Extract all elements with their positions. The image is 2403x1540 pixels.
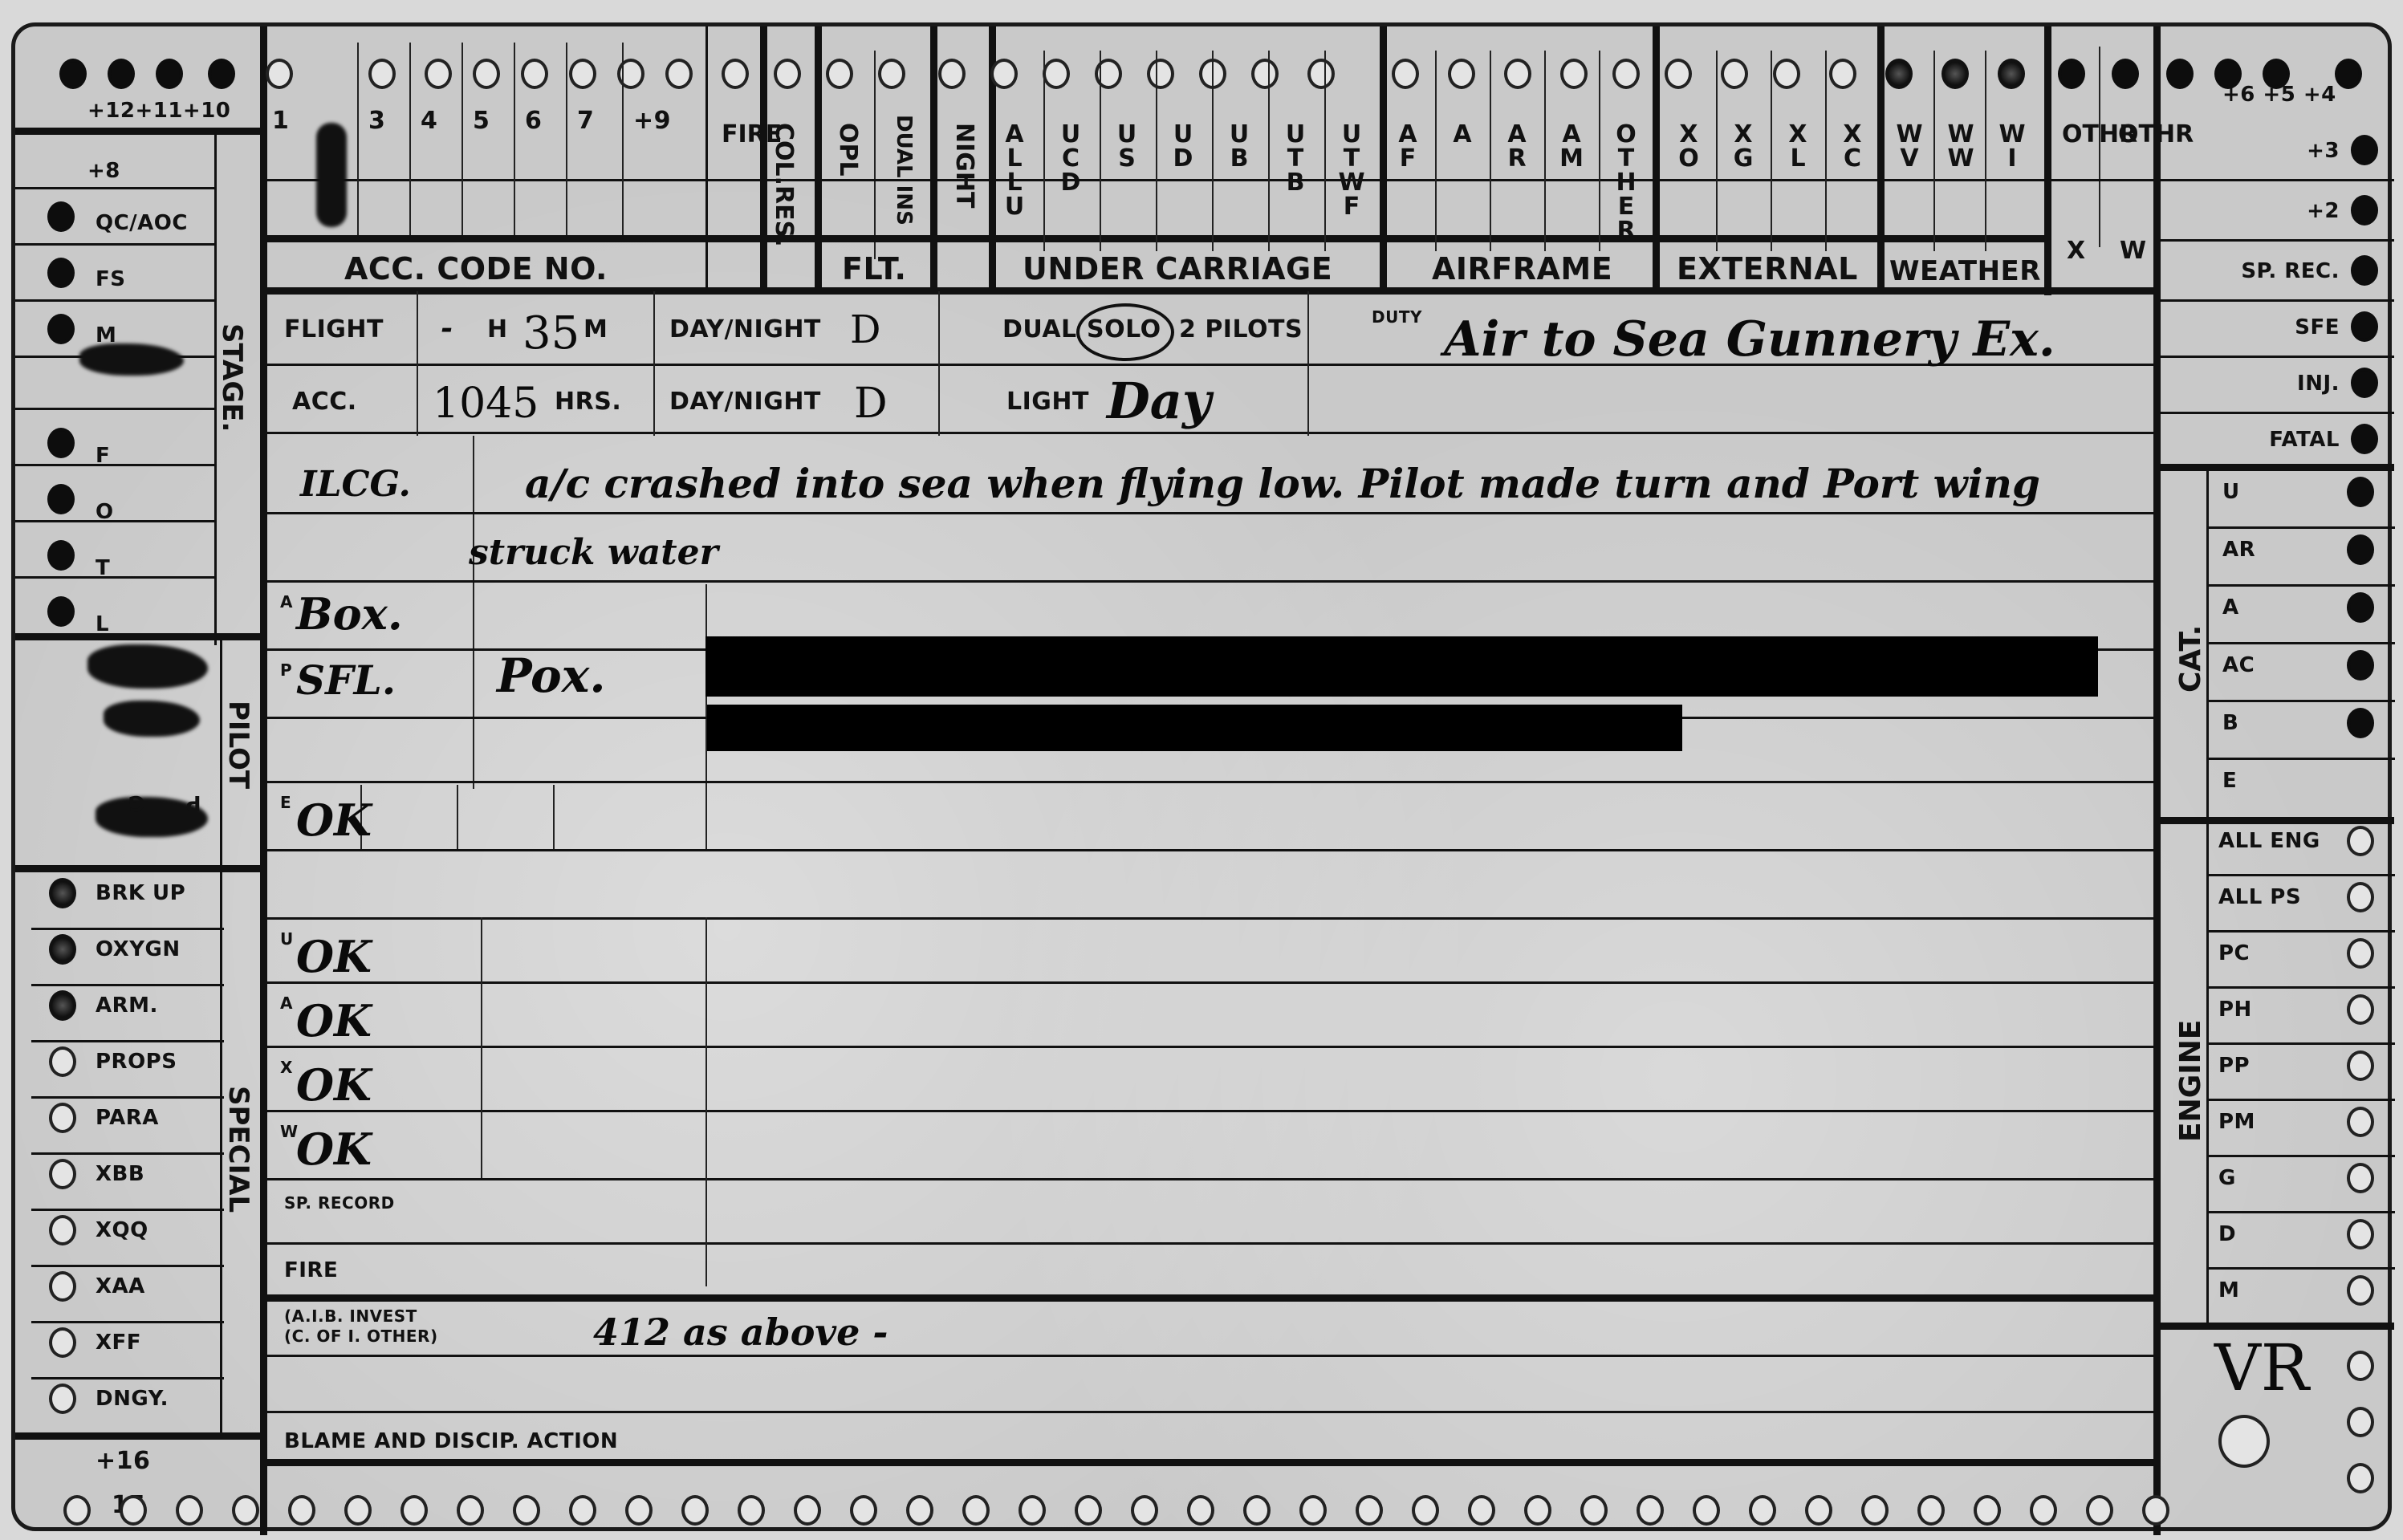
punch-hole: [49, 1384, 76, 1414]
punch-hole: [2351, 311, 2378, 342]
punch-hole: [2347, 1219, 2374, 1249]
duty-label: DUTY: [1372, 307, 1422, 327]
engine-label: ENGINE: [2174, 1020, 2207, 1142]
punch-hole: [1524, 1495, 1551, 1526]
day-night-label-1: DAY/NIGHT: [669, 315, 821, 343]
left-margin-item: +8: [87, 159, 120, 183]
punch-hole: [288, 1495, 315, 1526]
right-margin-item: INJ.: [2297, 372, 2340, 396]
narrative-code: ILCG.: [300, 464, 411, 505]
assessment-p-value: SFL.: [296, 656, 396, 704]
divider: [260, 981, 2154, 984]
punch-hole: [2214, 59, 2242, 89]
flt-col-dual-ins: DUAL INS: [893, 115, 914, 226]
weather-cols-item: W V: [1893, 123, 1925, 171]
divider: [260, 1046, 2154, 1048]
divider: [566, 43, 567, 235]
weather-cols-item: W W: [1945, 123, 1977, 171]
engine-item: M: [2218, 1278, 2239, 1302]
punch-hole: [400, 1495, 428, 1526]
divider: [514, 43, 515, 235]
crew-dual-label: DUAL: [1002, 315, 1077, 343]
punch-hole: [738, 1495, 765, 1526]
left-margin-item: FS: [96, 267, 126, 291]
divider: [1933, 51, 1935, 251]
punch-hole: [1917, 1495, 1945, 1526]
punch-hole: [513, 1495, 540, 1526]
cat-item: E: [2222, 769, 2237, 793]
divider: [2153, 356, 2394, 358]
stage-item: O: [96, 500, 114, 524]
divider: [1490, 51, 1491, 251]
punch-hole: [120, 1495, 147, 1526]
under-carriage-cols-item: U T W F: [1336, 123, 1368, 219]
punch-hole: [2347, 534, 2374, 565]
punch-hole: [2347, 1463, 2374, 1493]
narrative-line-1: a/c crashed into sea when flying low. Pi…: [525, 460, 2040, 507]
investigation-value: 412 as above -: [593, 1310, 888, 1354]
light-value: Day: [1107, 372, 1211, 430]
divider: [2153, 239, 2394, 242]
a-prefix: A: [280, 592, 293, 612]
divider: [31, 1321, 224, 1323]
divider: [2153, 1323, 2394, 1330]
divider: [2206, 1211, 2395, 1213]
divider: [260, 1178, 2154, 1180]
punch-hole: [2347, 882, 2374, 912]
flight-m-label: M: [583, 315, 608, 343]
divider: [260, 917, 2154, 920]
punch-hole: [49, 1271, 76, 1302]
divider: [417, 291, 418, 436]
punch-hole: [1560, 59, 1588, 89]
punch-hole: [521, 59, 548, 89]
divider: [2206, 874, 2395, 876]
divider: [2206, 700, 2395, 702]
special-item: PROPS: [96, 1050, 177, 1074]
divider: [1435, 51, 1437, 251]
punch-hole: [47, 596, 75, 627]
narrative-line-2: struck water: [469, 532, 718, 573]
punch-hole: [47, 484, 75, 514]
divider: [2153, 817, 2394, 824]
hrs-label: HRS.: [555, 388, 621, 416]
punch-hole: [1504, 59, 1531, 89]
acc-code-digit: 6: [525, 107, 542, 135]
large-punch-hole: [2218, 1415, 2270, 1468]
punch-hole: [1637, 1495, 1664, 1526]
punch-hole: [962, 1495, 990, 1526]
punch-hole: [2347, 1275, 2374, 1306]
punch-hole: [208, 59, 235, 89]
divider: [2044, 26, 2051, 295]
divider: [260, 1294, 2154, 1302]
col-res-column-label: COL.RES.: [770, 123, 798, 247]
special-item: ARM.: [96, 993, 158, 1018]
airframe-cols-item: A F: [1392, 123, 1424, 171]
punch-hole: [1019, 1495, 1046, 1526]
airframe-cols-item: A M: [1555, 123, 1588, 171]
divider: [481, 917, 482, 1178]
divider: [260, 1459, 2154, 1466]
punch-hole: [1307, 59, 1335, 89]
punch-hole: [2335, 59, 2362, 89]
divider: [2206, 1155, 2395, 1157]
punch-hole: [1243, 1495, 1271, 1526]
under-carriage-cols-item: A L L U: [998, 123, 1031, 219]
divider: [1324, 51, 1326, 251]
check-prefix: E: [280, 793, 291, 812]
divider: [31, 1265, 224, 1267]
engine-item: D: [2218, 1222, 2236, 1246]
divider: [1985, 51, 1986, 251]
crew-2-pilots-label: 2 PILOTS: [1179, 315, 1303, 343]
ink-smear: [79, 343, 184, 376]
divider: [1653, 26, 1660, 291]
day-night-label-2: DAY/NIGHT: [669, 388, 821, 416]
punch-hole: [47, 428, 75, 458]
punch-hole: [59, 59, 87, 89]
cat-item: AC: [2222, 653, 2255, 677]
punch-hole: [1131, 1495, 1158, 1526]
p-prefix: P: [280, 660, 292, 680]
divider: [260, 179, 2154, 181]
punch-hole: [2347, 708, 2374, 738]
stage-item: F: [96, 444, 110, 468]
engine-item: PH: [2218, 998, 2252, 1022]
ink-smear: [104, 701, 200, 737]
punch-hole: [2347, 1107, 2374, 1137]
punch-hole: [774, 59, 801, 89]
punch-hole: [2347, 1351, 2374, 1381]
punch-hole: [1251, 59, 1279, 89]
punch-hole: [2347, 477, 2374, 507]
check-value: OK: [296, 794, 372, 846]
divider: [15, 356, 216, 358]
divider: [31, 1152, 224, 1155]
divider: [2153, 179, 2394, 181]
punch-hole: [2086, 1495, 2113, 1526]
divider: [1380, 26, 1387, 291]
divider: [2099, 47, 2100, 247]
cat-item: U: [2222, 480, 2240, 504]
punch-hole: [2347, 1163, 2374, 1193]
check-value: OK: [296, 931, 372, 982]
stage-item: L: [96, 612, 109, 636]
punch-hole: [344, 1495, 372, 1526]
punch-hole: [1187, 1495, 1214, 1526]
sp-record-label: SP. RECORD: [284, 1194, 395, 1212]
acc-time-value: 1045: [433, 380, 539, 428]
punch-hole: [1942, 59, 1969, 89]
divider: [15, 408, 216, 410]
divider: [2206, 584, 2395, 587]
punch-hole: [1861, 1495, 1889, 1526]
punch-hole: [569, 1495, 596, 1526]
blame-label: BLAME AND DISCIP. ACTION: [284, 1429, 618, 1453]
pilot-item: G: [128, 790, 145, 815]
divider: [457, 785, 458, 849]
punch-hole: [906, 1495, 933, 1526]
punch-hole: [49, 878, 76, 908]
punch-hole: [49, 1215, 76, 1245]
right-margin-item: SP. REC.: [2241, 259, 2340, 283]
punch-hole: [938, 59, 966, 89]
divider: [1268, 51, 1270, 251]
redaction-bar: [705, 636, 2098, 697]
night-column-label: NIGHT: [950, 123, 978, 208]
weather-cols-item: W I: [1996, 123, 2028, 171]
divider: [874, 51, 876, 259]
divider: [1544, 51, 1546, 251]
edge-number-16: +16: [96, 1447, 150, 1475]
pilot-item: P: [185, 790, 201, 815]
divider: [260, 1411, 2154, 1413]
divider: [260, 580, 2154, 583]
punch-hole: [826, 59, 853, 89]
airframe-cols-item: O T H E R: [1610, 123, 1642, 243]
divider: [15, 576, 216, 579]
under-carriage-cols-item: U D: [1167, 123, 1199, 171]
assessment-a-value: Box.: [296, 588, 403, 640]
punch-hole: [49, 1103, 76, 1133]
day-night-value-2: D: [854, 380, 888, 428]
check-value: OK: [296, 1124, 372, 1175]
punch-hole: [1468, 1495, 1495, 1526]
special-item: PARA: [96, 1106, 159, 1130]
punch-hole: [2351, 424, 2378, 454]
punch-hole: [49, 1046, 76, 1077]
flight-h-label: H: [487, 315, 508, 343]
stage-label: STAGE.: [216, 323, 248, 432]
punch-hole: [2351, 368, 2378, 398]
punch-hole: [156, 59, 183, 89]
flight-hours-value: -: [441, 311, 453, 345]
punch-hole: [47, 540, 75, 571]
divider: [930, 26, 937, 291]
divider: [1212, 51, 1214, 251]
divider: [2206, 1267, 2395, 1270]
punch-hole: [49, 1327, 76, 1358]
divider: [2206, 930, 2395, 933]
cat-item: B: [2222, 711, 2238, 735]
special-item: XBB: [96, 1162, 144, 1186]
divider: [31, 1096, 224, 1099]
divider: [260, 235, 2050, 242]
divider: [2153, 468, 2394, 470]
external-cols-item: X O: [1673, 123, 1705, 171]
punch-hole: [990, 59, 1018, 89]
external-label: EXTERNAL: [1677, 251, 1858, 286]
divider: [1877, 26, 1885, 291]
special-item: DNGY.: [96, 1387, 169, 1411]
punch-hole: [2058, 59, 2085, 89]
under-carriage-cols-item: U C D: [1055, 123, 1087, 195]
divider: [31, 1040, 224, 1042]
punch-hole: [49, 990, 76, 1021]
punch-hole: [2347, 592, 2374, 623]
punch-hole: [850, 1495, 877, 1526]
special-item: XFF: [96, 1331, 141, 1355]
punch-hole: [1829, 59, 1856, 89]
punch-hole: [47, 314, 75, 344]
divider: [1771, 51, 1772, 251]
punch-hole: [47, 258, 75, 288]
engine-item: G: [2218, 1166, 2236, 1190]
othr-x-column-label: OTHR: [2062, 123, 2094, 147]
punch-hole: [1665, 59, 1692, 89]
fire-row-label: FIRE: [284, 1258, 338, 1282]
divider: [1599, 51, 1600, 251]
divider: [357, 43, 359, 235]
right-margin-item: FATAL: [2269, 428, 2340, 452]
divider: [260, 1110, 2154, 1112]
acc-code-label: ACC. CODE NO.: [344, 251, 608, 286]
divider: [15, 187, 216, 189]
acc-code-digit: +9: [633, 107, 671, 135]
divider: [2153, 299, 2394, 302]
punch-hole: [2347, 826, 2374, 856]
punch-hole: [176, 1495, 203, 1526]
engine-item: ALL ENG: [2218, 829, 2320, 853]
punch-hole: [1998, 59, 2025, 89]
special-item: BRK UP: [96, 881, 185, 905]
punch-hole: [2347, 650, 2374, 681]
engine-item: PC: [2218, 941, 2250, 965]
punch-hole: [1721, 59, 1748, 89]
engine-item: PP: [2218, 1054, 2250, 1078]
punch-hole: [1693, 1495, 1720, 1526]
divider: [760, 26, 767, 291]
right-margin-item: +2: [2307, 199, 2340, 223]
punch-hole: [1075, 1495, 1102, 1526]
punch-hole: [49, 1159, 76, 1189]
fire-column-label: FIRE: [722, 123, 754, 147]
divider: [2206, 758, 2395, 760]
acc-label: ACC.: [292, 388, 357, 416]
divider: [2153, 412, 2394, 414]
duty-value: Air to Sea Gunnery Ex.: [1444, 311, 2055, 368]
punch-hole: [1749, 1495, 1776, 1526]
punch-hole: [368, 59, 396, 89]
airframe-cols-item: A: [1446, 123, 1478, 147]
divider: [260, 1355, 2154, 1357]
divider: [260, 432, 2154, 434]
divider: [705, 26, 708, 291]
punch-hole: [1356, 1495, 1383, 1526]
divider: [461, 43, 463, 235]
check-prefix: A: [280, 993, 293, 1013]
othr-x-sub-label: X: [2067, 237, 2086, 265]
punch-hole: [1147, 59, 1174, 89]
punch-hole: [2112, 59, 2139, 89]
punch-hole: [108, 59, 135, 89]
external-cols-item: X L: [1782, 123, 1814, 171]
divider: [2206, 1099, 2395, 1101]
punch-hole: [1043, 59, 1070, 89]
punch-hole: [2351, 135, 2378, 165]
divider: [1043, 51, 1045, 251]
divider: [1100, 51, 1101, 251]
divider: [1825, 51, 1827, 251]
external-cols-item: X G: [1727, 123, 1759, 171]
divider: [1716, 51, 1718, 251]
left-margin-item: QC/AOC: [96, 211, 188, 235]
punch-hole: [425, 59, 452, 89]
divider: [15, 865, 264, 872]
acc-code-digit: 7: [577, 107, 594, 135]
divider: [31, 1377, 224, 1379]
divider: [260, 781, 2154, 783]
punch-hole: [1974, 1495, 2001, 1526]
punch-hole: [266, 59, 293, 89]
flt-col-opl: OPL: [834, 123, 862, 177]
day-night-value-1: D: [850, 307, 880, 352]
divider: [409, 43, 411, 235]
punch-hole: [1580, 1495, 1608, 1526]
investigation-label-1: (A.I.B. INVEST: [284, 1306, 417, 1326]
divider: [705, 785, 707, 849]
punch-hole: [63, 1495, 91, 1526]
divider: [1307, 291, 1309, 436]
divider: [815, 26, 822, 291]
punch-hole: [49, 934, 76, 965]
punch-hole: [1773, 59, 1800, 89]
cat-item: AR: [2222, 538, 2255, 562]
check-prefix: X: [280, 1058, 293, 1077]
punch-hole: [2347, 938, 2374, 969]
divider: [2206, 526, 2395, 529]
punch-hole: [47, 201, 75, 232]
right-margin-border: [2153, 26, 2161, 1535]
light-label: LIGHT: [1006, 388, 1089, 416]
right-margin-item: +3: [2307, 139, 2340, 163]
punch-hole: [794, 1495, 821, 1526]
special-item: OXYGN: [96, 937, 181, 961]
punch-hole: [681, 1495, 709, 1526]
divider: [705, 917, 707, 1286]
under-carriage-cols-item: U T B: [1279, 123, 1311, 195]
punch-hole: [569, 59, 596, 89]
under-carriage-cols-item: U B: [1223, 123, 1255, 171]
initials-handwritten: VR: [2214, 1331, 2309, 1405]
punch-hole: [1885, 59, 1913, 89]
punch-hole: [232, 1495, 259, 1526]
divider: [260, 287, 2154, 295]
divider: [31, 984, 224, 986]
engine-item: ALL PS: [2218, 885, 2301, 909]
engine-item: PM: [2218, 1110, 2255, 1134]
divider: [553, 785, 555, 849]
acc-code-digit: 5: [473, 107, 490, 135]
punch-hole: [1299, 1495, 1327, 1526]
special-item: XAA: [96, 1274, 145, 1298]
solo-circled-mark: [1076, 303, 1174, 361]
flt-label: FLT.: [842, 251, 906, 286]
pilot-label: PILOT: [222, 701, 254, 789]
ink-smear: [316, 123, 347, 227]
punch-hole: [665, 59, 693, 89]
divider: [260, 1242, 2154, 1245]
right-margin-item: SFE: [2295, 315, 2340, 339]
punch-hole: [2166, 59, 2194, 89]
punch-hole: [625, 1495, 653, 1526]
ink-smear: [87, 644, 208, 689]
punch-hole: [2263, 59, 2290, 89]
divider: [15, 128, 264, 135]
divider: [2206, 986, 2395, 989]
check-prefix: U: [280, 929, 294, 949]
